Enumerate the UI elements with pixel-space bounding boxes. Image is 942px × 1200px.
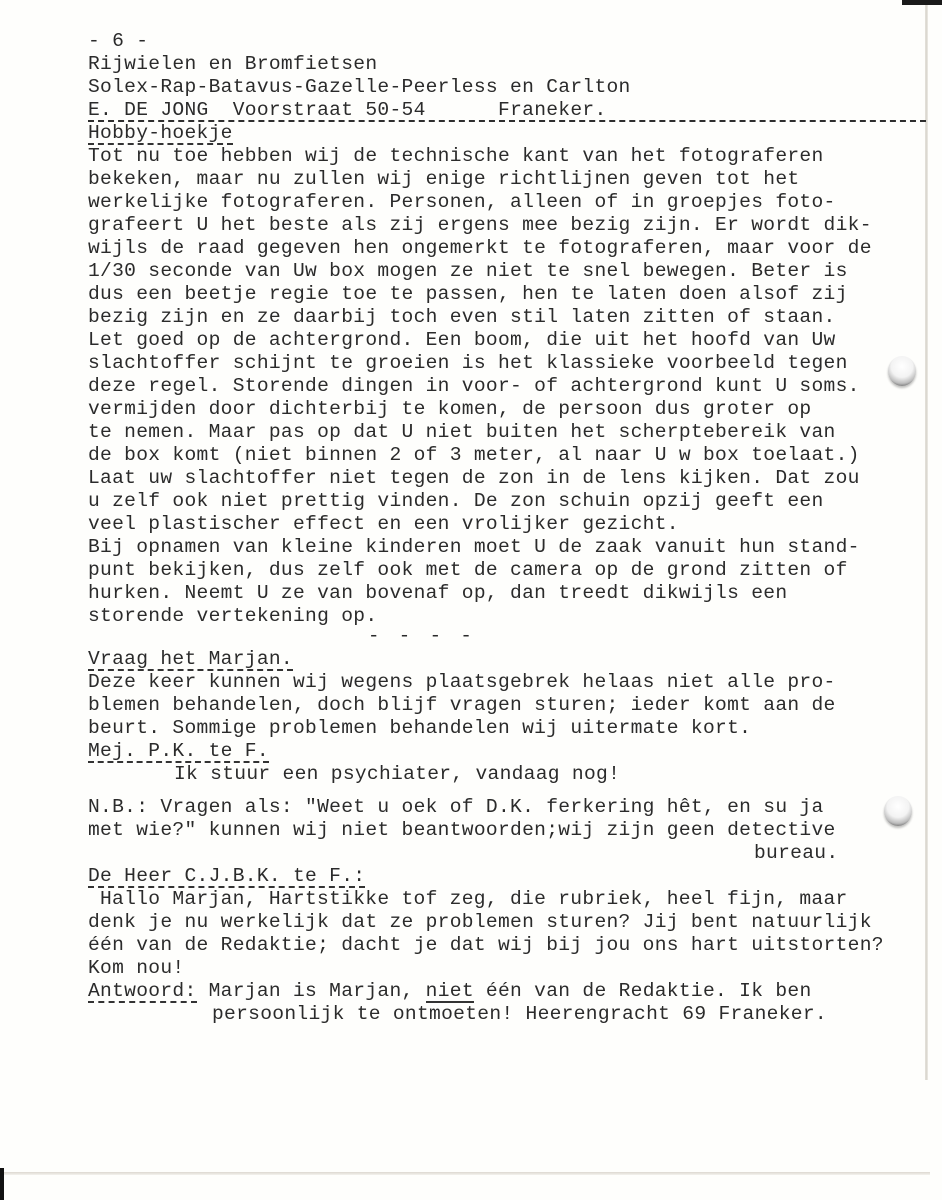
hobby-line: wijls de raad gegeven hen ongemerkt te f…: [88, 237, 918, 260]
letter1-reply: Ik stuur een psychiater, vandaag nog!: [88, 763, 918, 786]
note-line: met wie?" kunnen wij niet beantwoorden;w…: [88, 819, 918, 842]
hobby-section-heading: Hobby-hoekje: [88, 122, 918, 145]
hobby-line: bekeken, maar nu zullen wij enige richtl…: [88, 168, 918, 191]
letter2-line: één van de Redaktie; dacht je dat wij bi…: [88, 934, 918, 957]
hobby-line: de box komt (niet binnen 2 of 3 meter, a…: [88, 444, 918, 467]
note-line: bureau.: [88, 842, 918, 865]
letter1-heading: Mej. P.K. te F.: [88, 740, 918, 763]
section-separator: - - - -: [88, 628, 918, 648]
hobby-line: werkelijke fotograferen. Personen, allee…: [88, 191, 918, 214]
answer-text-after: één van de Redaktie. Ik ben: [474, 980, 812, 1002]
marjan-intro-line: blemen behandelen, doch blijf vragen stu…: [88, 694, 918, 717]
note-line: N.B.: Vragen als: "Weet u oek of D.K. fe…: [88, 796, 918, 819]
letter2-line: denk je nu werkelijk dat ze problemen st…: [88, 911, 918, 934]
hobby-line: te nemen. Maar pas op dat U niet buiten …: [88, 421, 918, 444]
hobby-line: dus een beetje regie toe te passen, hen …: [88, 283, 918, 306]
hobby-line: vermijden door dichterbij te komen, de p…: [88, 398, 918, 421]
scan-border-edge: [0, 1168, 4, 1200]
scanned-page: - 6 - Rijwielen en Bromfietsen Solex-Rap…: [0, 0, 942, 1200]
hobby-line: deze regel. Storende dingen in voor- of …: [88, 375, 918, 398]
letter2-heading: De Heer C.J.B.K. te F.:: [88, 865, 918, 888]
hobby-line: veel plastischer effect en een vrolijker…: [88, 513, 918, 536]
ad-line-1: Rijwielen en Bromfietsen: [88, 53, 918, 76]
hobby-line: Let goed op de achtergrond. Een boom, di…: [88, 329, 918, 352]
hobby-line: u zelf ook niet prettig vinden. De zon s…: [88, 490, 918, 513]
spacer: [88, 786, 918, 796]
answer-line-2: persoonlijk te ontmoeten! Heerengracht 6…: [88, 1003, 918, 1026]
letter2-line: Kom nou!: [88, 957, 918, 980]
hobby-line: Laat uw slachtoffer niet tegen de zon in…: [88, 467, 918, 490]
hobby-line: hurken. Neemt U ze van bovenaf op, dan t…: [88, 582, 918, 605]
ad-company-name: E. DE JONG: [88, 99, 209, 121]
scan-border-corner: [902, 0, 942, 5]
hobby-line: grafeert U het beste als zij ergens mee …: [88, 214, 918, 237]
hobby-line: 1/30 seconde van Uw box mogen ze niet te…: [88, 260, 918, 283]
hobby-line: Tot nu toe hebben wij de technische kant…: [88, 145, 918, 168]
marjan-intro-line: beurt. Sommige problemen behandelen wij …: [88, 717, 918, 740]
answer-emphasis: niet: [426, 981, 474, 1003]
hobby-line: storende vertekening op.: [88, 605, 918, 628]
ad-line-3: E. DE JONG Voorstraat 50-54 Franeker.: [88, 99, 918, 122]
ad-line-2: Solex-Rap-Batavus-Gazelle-Peerless en Ca…: [88, 76, 918, 99]
letter2-addressee: De Heer C.J.B.K. te F.:: [88, 866, 365, 888]
hobby-line: bezig zijn en ze daarbij toch even stil …: [88, 306, 918, 329]
answer-label: Antwoord:: [88, 981, 197, 1003]
letter2-line: Hallo Marjan, Hartstikke tof zeg, die ru…: [88, 888, 918, 911]
marjan-title: Vraag het Marjan.: [88, 649, 293, 671]
hobby-line: slachtoffer schijnt te groeien is het kl…: [88, 352, 918, 375]
marjan-intro-line: Deze keer kunnen wij wegens plaatsgebrek…: [88, 671, 918, 694]
letter1-addressee: Mej. P.K. te F.: [88, 741, 269, 763]
page-edge-bottom: [0, 1172, 930, 1175]
ad-city: Franeker.: [498, 99, 607, 121]
page-edge-right: [925, 0, 928, 1080]
page-number: - 6 -: [88, 30, 918, 53]
marjan-section-heading: Vraag het Marjan.: [88, 648, 918, 671]
hobby-line: punt bekijken, dus zelf ook met de camer…: [88, 559, 918, 582]
hobby-line: Bij opnamen van kleine kinderen moet U d…: [88, 536, 918, 559]
answer-line-1: Antwoord: Marjan is Marjan, niet één van…: [88, 980, 918, 1003]
document-body: - 6 - Rijwielen en Bromfietsen Solex-Rap…: [88, 30, 918, 1026]
ad-address: Voorstraat 50-54: [233, 99, 426, 121]
hobby-title: Hobby-hoekje: [88, 123, 233, 145]
answer-text-before: Marjan is Marjan,: [209, 980, 426, 1002]
